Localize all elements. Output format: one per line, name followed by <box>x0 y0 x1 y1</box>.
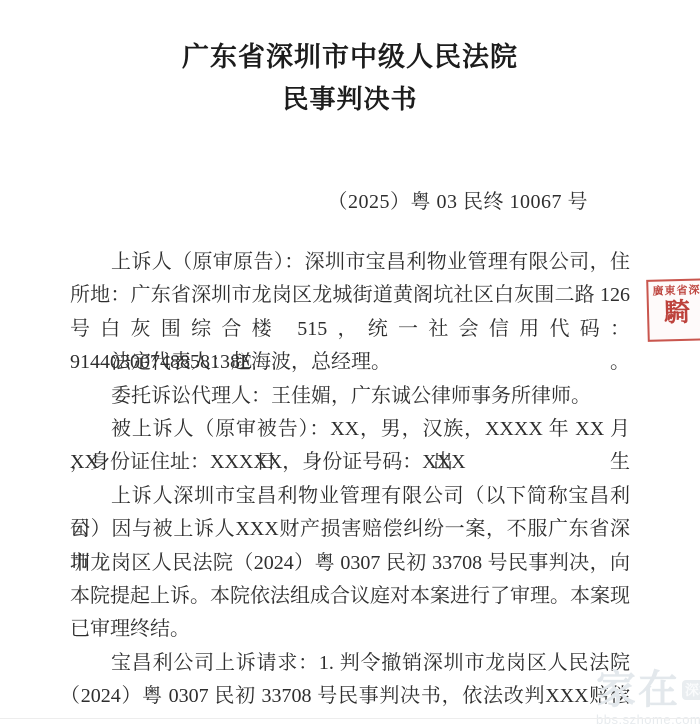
watermark-main-text: 家在 <box>596 670 680 710</box>
document-line: 司）因与被上诉人XXX财产损害赔偿纠纷一案，不服广东省深圳 <box>70 513 630 546</box>
stamp-seal-character: 騎 <box>653 297 700 329</box>
document-header: 广东省深圳市中级人民法院 民事判决书 <box>0 36 700 120</box>
stamp-court-text: 廣東省深圳 <box>652 284 700 299</box>
document-line: 本院提起上诉。本院依法组成合议庭对本案进行了审理。本案现 <box>70 580 630 613</box>
document-line: 上诉人（原审原告）：深圳市宝昌利物业管理有限公司，住 <box>70 246 630 279</box>
document-line: 委托诉讼代理人：王佳媚，广东诚公律师事务所律师。 <box>70 380 630 413</box>
judgment-document-page: 广东省深圳市中级人民法院 民事判决书 （2025）粤 03 民终 10067 号… <box>0 0 700 725</box>
court-name: 广东省深圳市中级人民法院 <box>0 36 700 78</box>
document-line: （2024）粤 0307 民初 33708 号民事判决书，依法改判XXX赔偿 <box>60 680 630 713</box>
document-line: 已审理终结。 <box>70 613 630 646</box>
watermark-badge: 深圳 <box>682 680 700 700</box>
document-line: 上诉人深圳市宝昌利物业管理有限公司（以下简称宝昌利公 <box>70 480 630 513</box>
szhome-watermark: 家在 深圳 bbs.szhome.com <box>596 670 700 725</box>
case-number: （2025）粤 03 民终 10067 号 <box>328 185 589 214</box>
court-paging-seal-stamp: 廣東省深圳 騎 <box>646 278 700 342</box>
document-line: 宝昌利公司上诉请求：1. 判令撤销深圳市龙岗区人民法院 <box>70 647 630 680</box>
page-bottom-edge <box>0 718 700 719</box>
watermark-row: 家在 深圳 <box>596 670 700 710</box>
document-line: 市龙岗区人民法院（2024）粤 0307 民初 33708 号民事判决，向 <box>70 547 630 580</box>
document-line: 被上诉人（原审被告）：XX，男，汉族，XXXX 年 XX 月XX日出生 <box>70 413 630 446</box>
document-line: 所地：广东省深圳市龙岗区龙城街道黄阁坑社区白灰围二路 126 <box>70 279 630 312</box>
document-type: 民事判决书 <box>0 78 700 120</box>
document-line: 号白灰围综合楼 515，统一社会信用代码：91440300748858138E。 <box>70 313 630 346</box>
document-body: 上诉人（原审原告）：深圳市宝昌利物业管理有限公司，住 所地：广东省深圳市龙岗区龙… <box>70 246 630 713</box>
